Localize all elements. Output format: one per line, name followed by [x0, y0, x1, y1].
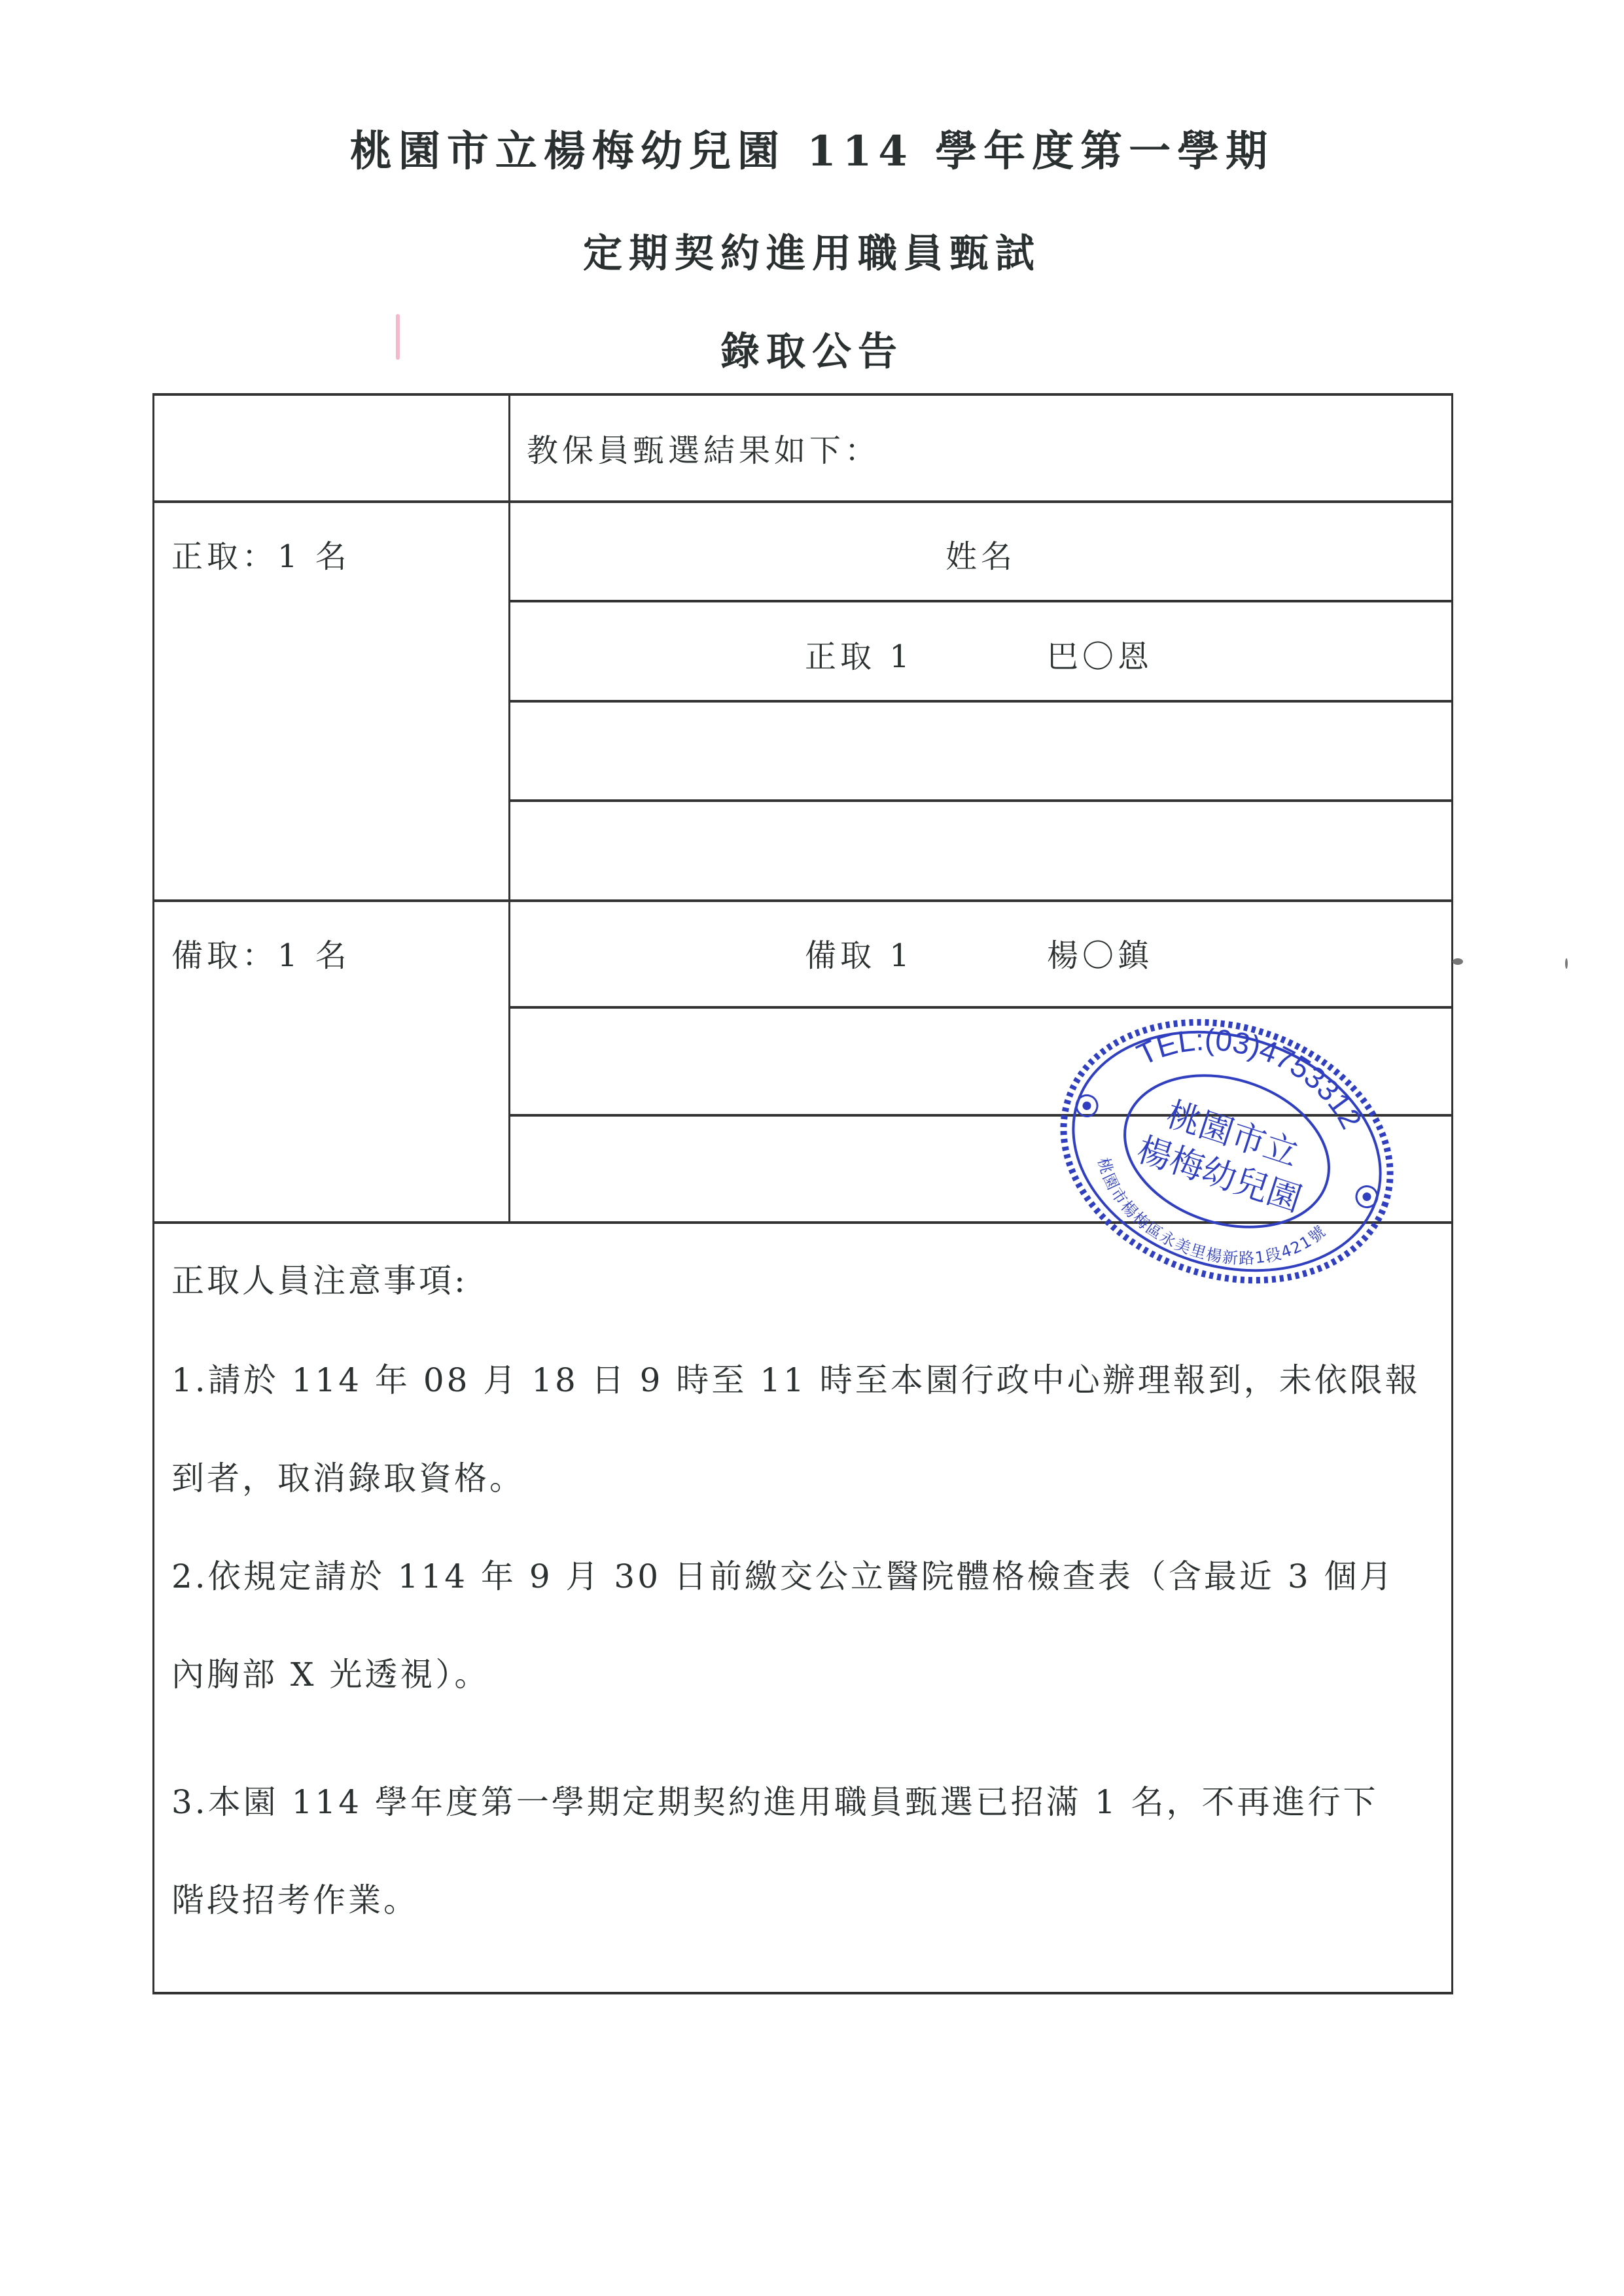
table-row-divider: [508, 799, 1453, 802]
note-1-line-1: 1.請於 114 年 08 月 18 日 9 時至 11 時至本園行政中心辦理報…: [171, 1354, 1421, 1401]
name-column-header: 姓名: [510, 531, 1451, 576]
table-row-divider: [508, 700, 1453, 703]
note-2-line-1: 2.依規定請於 114 年 9 月 30 日前繳交公立醫院體格檢查表（含最近 3…: [171, 1550, 1395, 1597]
scan-speck: [1565, 958, 1568, 969]
waitlist-count-label: 備取：1 名: [171, 930, 351, 975]
admitted-rank: 正取 1: [805, 631, 913, 676]
official-seal-stamp: TEL:(03)4753312 桃園市楊梅區永美里楊新路1段421號 桃園市立 …: [1021, 973, 1432, 1329]
note-1-line-2: 到者，取消錄取資格。: [171, 1452, 525, 1499]
results-intro: 教保員甄選結果如下：: [527, 425, 880, 470]
table-row-divider: [152, 899, 1453, 902]
scan-mark: [396, 314, 400, 360]
table-border-top: [152, 393, 1453, 396]
admitted-name: 巴〇恩: [1047, 631, 1153, 676]
note-3-line-1: 3.本園 114 學年度第一學期定期契約進用職員甄選已招滿 1 名，不再進行下: [171, 1776, 1379, 1823]
table-border-left: [152, 393, 154, 1994]
waitlist-name: 楊〇鎮: [1047, 930, 1153, 975]
note-3-line-2: 階段招考作業。: [171, 1874, 419, 1921]
notes-heading: 正取人員注意事項:: [171, 1255, 468, 1302]
note-2-line-2: 內胸部 X 光透視）。: [171, 1648, 489, 1696]
table-border-right: [1451, 393, 1453, 1994]
waitlist-rank: 備取 1: [805, 930, 913, 975]
scan-speck: [1453, 958, 1463, 965]
admitted-count-label: 正取：1 名: [171, 531, 351, 576]
stamp-tel: TEL:(03)4753312: [1124, 993, 1385, 1141]
table-column-divider: [508, 393, 510, 1223]
table-row-divider: [508, 1006, 1453, 1009]
table-row-divider: [152, 500, 1453, 503]
document-subtitle: 定期契約進用職員甄試: [0, 222, 1624, 279]
table-row-divider: [508, 600, 1453, 602]
announcement-heading: 錄取公告: [0, 321, 1624, 377]
document-title: 桃園市立楊梅幼兒園 114 學年度第一學期: [0, 118, 1624, 178]
table-border-bottom: [152, 1992, 1453, 1994]
